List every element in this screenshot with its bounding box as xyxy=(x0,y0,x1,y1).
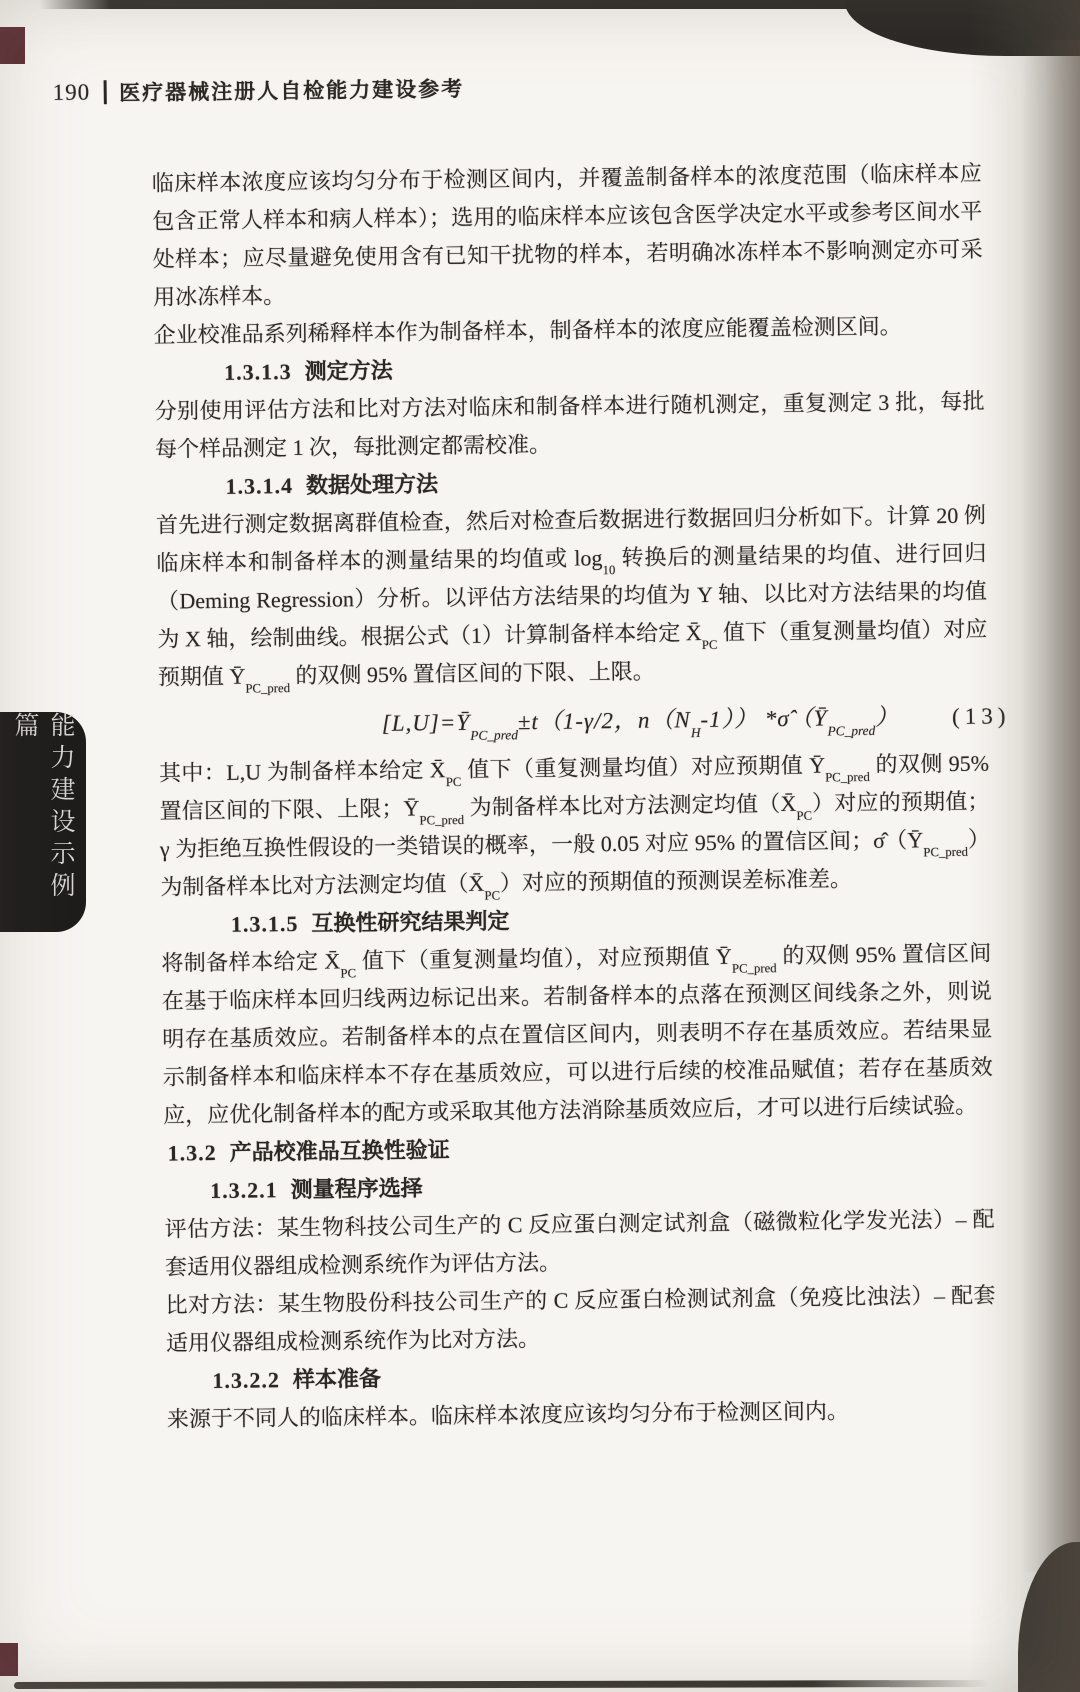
section-number: 1.3.1.3 xyxy=(224,359,292,385)
paragraph-data-processing: 首先进行测定数据离群值检查，然后对检查后数据进行数据回归分析如下。计算 20 例… xyxy=(156,497,988,697)
formula-13: [L,U]=ȲPC_pred±t（1-γ/2，n（NH-1）） *σ̂（ȲP… xyxy=(292,697,988,746)
paragraph-formula-definitions: 其中：L,U 为制备样本给定 X̄PC 值下（重复测量均值）对应预期值 ȲPC… xyxy=(159,745,991,907)
page-content: 190 医疗器械注册人自检能力建设参考 临床样本浓度应该均匀分布于检测区间内，并… xyxy=(0,0,1080,1692)
section-number: 1.3.2 xyxy=(168,1140,217,1166)
book-title: 医疗器械注册人自检能力建设参考 xyxy=(119,73,464,107)
section-number: 1.3.1.5 xyxy=(231,911,299,937)
scan-mark-top-left xyxy=(0,27,25,64)
paragraph-comparison-method: 比对方法：某生物股份科技公司生产的 C 反应蛋白检测试剂盒（免疫比浊法）– 配套… xyxy=(165,1276,996,1362)
page-body: 临床样本浓度应该均匀分布于检测区间内，并覆盖制备样本的浓度范围（临床样本应包含正… xyxy=(152,155,998,1439)
header-divider xyxy=(103,80,106,104)
formula-expression: [L,U]=ȲPC_pred±t（1-γ/2，n（NH-1）） *σ̂（ȲP… xyxy=(382,698,900,744)
paragraph-measurement-method: 分别使用评估方法和比对方法对临床和制备样本进行随机测定，重复测定 3 批，每批每… xyxy=(154,383,985,469)
section-number: 1.3.2.2 xyxy=(212,1367,280,1393)
page-number: 190 xyxy=(53,79,91,105)
paragraph-clinical-sample-distribution: 临床样本浓度应该均匀分布于检测区间内，并覆盖制备样本的浓度范围（临床样本应包含正… xyxy=(152,155,984,317)
chapter-tab-label: 能力建设示例篇 xyxy=(7,712,79,932)
chapter-tab: 能力建设示例篇 xyxy=(0,712,86,932)
formula-number: (13) xyxy=(952,696,1011,737)
section-title: 测量程序选择 xyxy=(290,1175,422,1202)
page-header: 190 医疗器械注册人自检能力建设参考 xyxy=(53,67,981,108)
section-title: 样本准备 xyxy=(293,1366,381,1392)
section-title: 产品校准品互换性验证 xyxy=(230,1137,450,1165)
section-number: 1.3.2.1 xyxy=(210,1177,278,1203)
scanned-book-page: 190 医疗器械注册人自检能力建设参考 临床样本浓度应该均匀分布于检测区间内，并… xyxy=(0,0,1080,1692)
scan-edge-right-shadow xyxy=(1022,40,1080,1572)
section-title: 数据处理方法 xyxy=(306,471,438,498)
section-title: 测定方法 xyxy=(304,358,392,384)
scan-mark-bottom-left xyxy=(0,1643,18,1676)
section-number: 1.3.1.4 xyxy=(225,473,293,499)
paragraph-evaluation-method: 评估方法：某生物科技公司生产的 C 反应蛋白测定试剂盒（磁微粒化学发光法）– 配… xyxy=(164,1200,995,1286)
paragraph-result-judgement: 将制备样本给定 X̄PC 值下（重复测量均值），对应预期值 ȲPC_pred … xyxy=(161,934,993,1134)
section-title: 互换性研究结果判定 xyxy=(311,908,509,935)
